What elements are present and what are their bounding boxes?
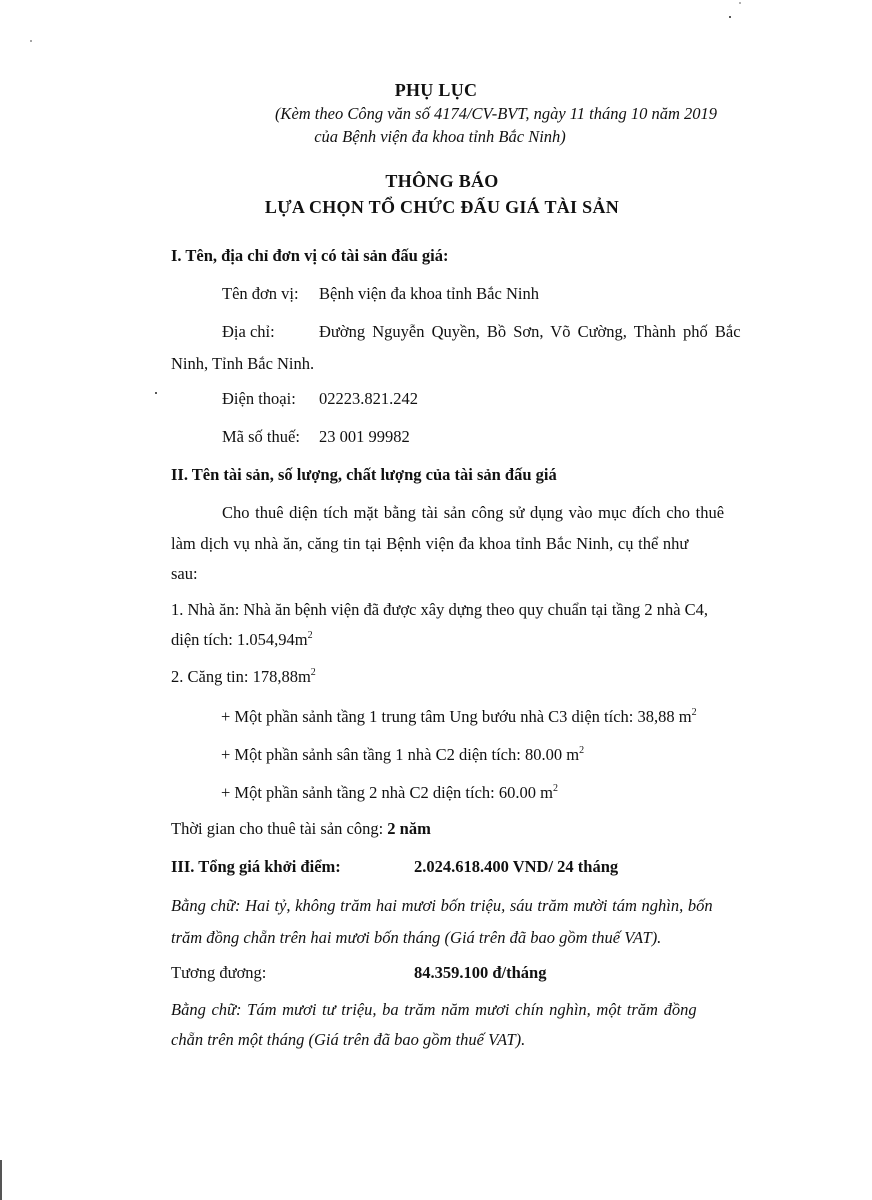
scan-speck [30,40,32,42]
item1-line1: 1. Nhà ăn: Nhà ăn bệnh viện đã được xây … [171,600,708,620]
scan-speck [155,392,157,394]
section2-intro-line1: Cho thuê diện tích mặt bằng tài sản công… [222,503,724,523]
scan-edge [0,1160,2,1200]
total-in-words-line2: trăm đồng chẵn trên hai mươi bốn tháng (… [171,928,661,948]
total-in-words-line1: Bằng chữ: Hai tỷ, không trăm hai mươi bố… [171,896,713,916]
section2-heading: II. Tên tài sản, số lượng, chất lượng củ… [171,465,557,485]
appendix-reference-line1: (Kèm theo Công văn số 4174/CV-BVT, ngày … [60,104,872,124]
phone-value: 02223.821.242 [319,389,418,408]
sub-item-text: + Một phần sảnh sân tầng 1 nhà C2 diện t… [221,745,579,764]
item2: 2. Căng tin: 178,88m2 [171,667,316,687]
monthly-price: 84.359.100 đ/tháng [414,963,546,983]
unit-name-value: Bệnh viện đa khoa tỉnh Bắc Ninh [319,284,539,303]
monthly-in-words-line1: Bằng chữ: Tám mươi tư triệu, ba trăm năm… [171,1000,697,1020]
item1-area-text: diện tích: 1.054,94m [171,630,308,649]
address-label: Địa chỉ: [222,322,319,342]
section2-intro-line2: làm dịch vụ nhà ăn, căng tin tại Bệnh vi… [171,534,688,554]
tax-value: 23 001 99982 [319,427,410,446]
notice-subtitle: LỰA CHỌN TỔ CHỨC ĐẤU GIÁ TÀI SẢN [6,197,872,218]
superscript: 2 [579,745,584,756]
superscript: 2 [311,667,316,678]
sub-item-2: + Một phần sảnh sân tầng 1 nhà C2 diện t… [221,745,584,765]
document-page: PHỤ LỤC (Kèm theo Công văn số 4174/CV-BV… [0,0,872,1200]
address-value: Đường Nguyễn Quyền, Bồ Sơn, Võ Cường, Th… [319,322,741,341]
sub-item-text: + Một phần sảnh tầng 2 nhà C2 diện tích:… [221,783,553,802]
sub-item-3: + Một phần sảnh tầng 2 nhà C2 diện tích:… [221,783,558,803]
appendix-title: PHỤ LỤC [0,80,872,101]
monthly-in-words-line2: chẵn trên một tháng (Giá trên đã bao gồm… [171,1030,525,1050]
notice-title: THÔNG BÁO [6,171,872,192]
unit-name-row: Tên đơn vị:Bệnh viện đa khoa tỉnh Bắc Ni… [222,284,539,304]
lease-value: 2 năm [387,819,431,838]
sub-item-text: + Một phần sảnh tầng 1 trung tâm Ung bướ… [221,707,692,726]
item1-area: diện tích: 1.054,94m2 [171,630,313,650]
section1-heading: I. Tên, địa chỉ đơn vị có tài sản đấu gi… [171,246,448,266]
equivalent-label: Tương đương: [171,963,266,983]
phone-row: Điện thoại:02223.821.242 [222,389,418,409]
section2-intro-line3: sau: [171,564,198,584]
superscript: 2 [692,707,697,718]
tax-row: Mã số thuế:23 001 99982 [222,427,410,447]
scan-speck [739,2,741,4]
section3-heading: III. Tổng giá khởi điểm: [171,857,341,877]
superscript: 2 [308,630,313,641]
appendix-reference-line2: của Bệnh viện đa khoa tỉnh Bắc Ninh) [4,127,872,147]
lease-label: Thời gian cho thuê tài sản công: [171,819,387,838]
phone-label: Điện thoại: [222,389,319,409]
sub-item-1: + Một phần sảnh tầng 1 trung tâm Ung bướ… [221,707,697,727]
scan-speck [729,16,731,18]
superscript: 2 [553,783,558,794]
total-starting-price: 2.024.618.400 VND/ 24 tháng [414,857,618,877]
address-row: Địa chỉ:Đường Nguyễn Quyền, Bồ Sơn, Võ C… [222,322,782,342]
unit-name-label: Tên đơn vị: [222,284,319,304]
lease-duration: Thời gian cho thuê tài sản công: 2 năm [171,819,431,839]
tax-label: Mã số thuế: [222,427,319,447]
item2-text: 2. Căng tin: 178,88m [171,667,311,686]
address-value-continued: Ninh, Tỉnh Bắc Ninh. [171,354,314,374]
